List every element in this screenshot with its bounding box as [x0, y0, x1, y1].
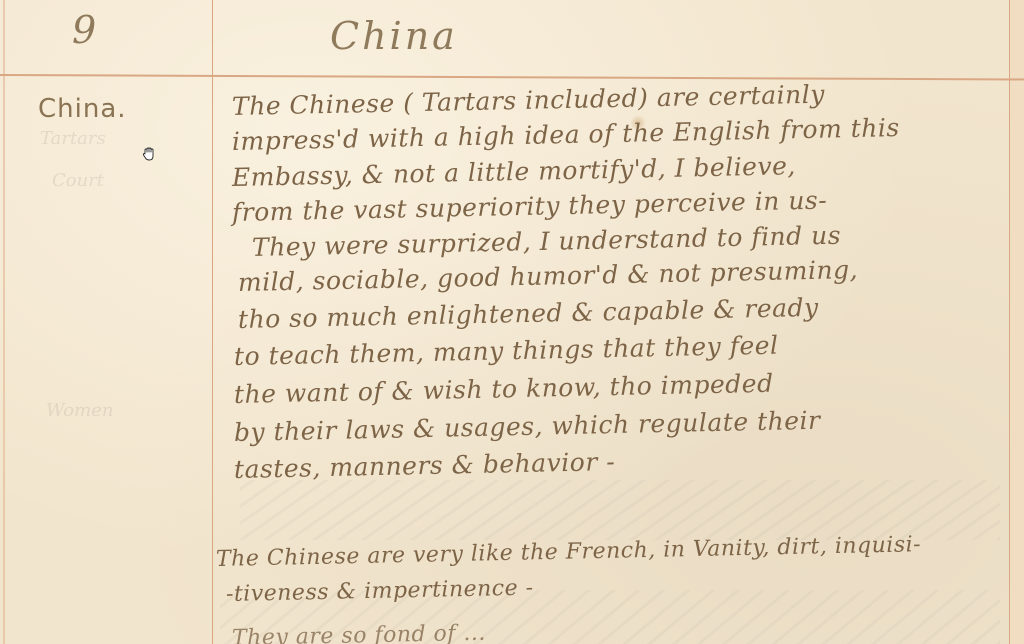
margin-ghost-text: Women	[46, 400, 113, 421]
text-line: from the vast superiority they perceive …	[232, 186, 828, 227]
page-number: 9	[72, 8, 97, 52]
page-heading: China	[330, 14, 458, 58]
margin-rule	[212, 0, 213, 644]
page-edge	[1010, 0, 1024, 644]
margin-label: China.	[38, 94, 127, 124]
text-line: mild, sociable, good humor'd & not presu…	[238, 255, 859, 297]
text-line: The Chinese ( Tartars included) are cert…	[232, 80, 825, 121]
text-line: Embassy, & not a little mortify'd, I bel…	[232, 151, 796, 192]
text-line: impress'd with a high idea of the Englis…	[232, 113, 900, 156]
text-line: They were surprized, I understand to fin…	[252, 221, 842, 262]
text-line: to teach them, many things that they fee…	[234, 331, 779, 371]
left-page-edge-rule	[3, 0, 5, 644]
text-line: tastes, manners & behavior -	[234, 447, 616, 484]
bleed-through-text	[240, 480, 1000, 540]
manuscript-page: Tartars Court Women 9 China China. The C…	[0, 0, 1024, 644]
text-line: tho so much enlightened & capable & read…	[238, 293, 819, 334]
right-margin-rule	[1009, 0, 1010, 644]
text-line: the want of & wish to know, tho impeded	[234, 369, 774, 409]
header-rule	[0, 74, 1024, 80]
margin-ghost-text: Court	[52, 170, 104, 191]
margin-ghost-text: Tartars	[40, 128, 106, 149]
text-line: by their laws & usages, which regulate t…	[234, 406, 821, 447]
hand-grab-icon	[142, 146, 156, 162]
